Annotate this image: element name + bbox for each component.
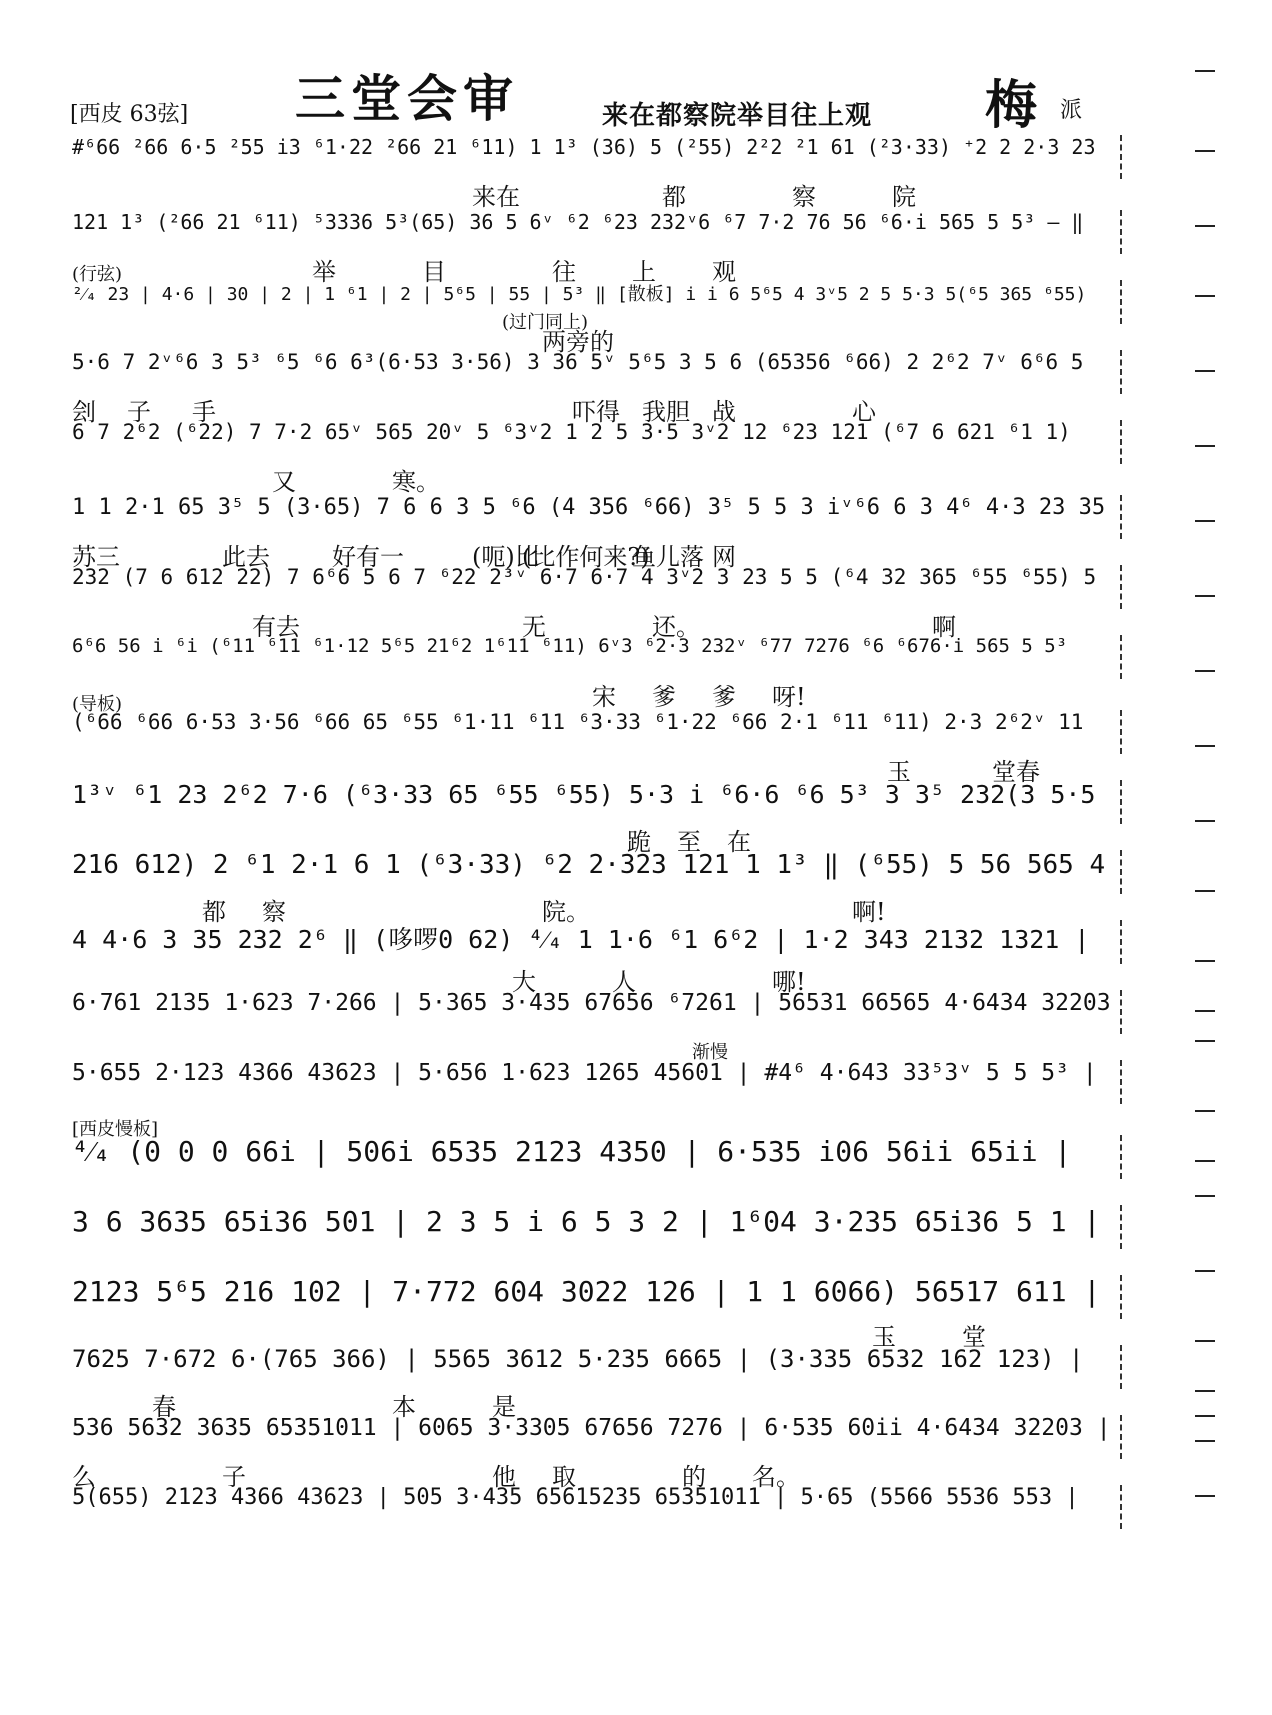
margin-tick <box>1195 445 1215 447</box>
lyric-word: 院 <box>892 177 916 212</box>
line-end-barline <box>1120 1135 1122 1179</box>
lyric-word: 呀! <box>772 677 806 712</box>
line-end-barline <box>1120 1345 1122 1389</box>
margin-tick <box>1195 1040 1215 1042</box>
lyric-word: 察 <box>792 177 816 212</box>
notation-line: 232 (7 6 612 22) 7 6⁶6 5 6 7 ⁶22 2³ᵛ 6·7… <box>72 565 1096 589</box>
notation-line: 4 4·6 3 35 232 2⁶ ‖ (哆啰0 62) ⁴⁄₄ 1 1·6 ⁶… <box>72 920 1089 956</box>
margin-tick <box>1195 960 1215 962</box>
line-end-barline <box>1120 920 1122 964</box>
notation-line: 536 5632 3635 65351011 | 6065 3·3305 676… <box>72 1415 1111 1441</box>
score-header: [西皮 63弦] 三堂会审 来在都察院举目往上观 梅 派 <box>0 55 1272 125</box>
line-end-barline <box>1120 1415 1122 1459</box>
notation-line: 216 612) 2 ⁶1 2·1 6 1 (⁶3·33) ⁶2 2·323 1… <box>72 850 1105 880</box>
margin-tick <box>1195 1010 1215 1012</box>
margin-tick <box>1195 1340 1215 1342</box>
notation-line: ⁴⁄₄ (0 0 0 66i | 506i 6535 2123 4350 | 6… <box>72 1135 1071 1169</box>
school-suffix: 派 <box>1060 93 1082 124</box>
margin-tick <box>1195 70 1215 72</box>
line-end-barline <box>1120 495 1122 539</box>
margin-tick <box>1195 745 1215 747</box>
line-end-barline <box>1120 1275 1122 1319</box>
score-page: [西皮 63弦] 三堂会审 来在都察院举目往上观 梅 派 #⁶66 ²66 6·… <box>0 0 1272 1715</box>
margin-tick <box>1195 1415 1215 1417</box>
line-end-barline <box>1120 135 1122 179</box>
line-end-barline <box>1120 1205 1122 1249</box>
notation-line: 1³ᵛ ⁶1 23 2⁶2 7·6 (⁶3·33 65 ⁶55 ⁶55) 5·3… <box>72 780 1096 809</box>
line-end-barline <box>1120 280 1122 324</box>
lyric-word: 来在 <box>472 177 520 212</box>
line-end-barline <box>1120 350 1122 394</box>
margin-ticks <box>1195 0 1225 1715</box>
lyric-word: 爹 <box>652 677 676 712</box>
lyric-word: 爹 <box>712 677 736 712</box>
notation-line: 5·655 2·123 4366 43623 | 5·656 1·623 126… <box>72 1060 1097 1086</box>
margin-tick <box>1195 595 1215 597</box>
margin-tick <box>1195 295 1215 297</box>
aria-title: 来在都察院举目往上观 <box>602 95 872 132</box>
lyric-word: 都 <box>662 177 686 212</box>
line-end-barline <box>1120 635 1122 679</box>
margin-tick <box>1195 1110 1215 1112</box>
lyric-word: 寒。 <box>392 462 440 497</box>
line-end-barline <box>1120 990 1122 1034</box>
lyric-word: 又 <box>272 462 296 497</box>
notation-line: 5·6 7 2ᵛ⁶6 3 5³ ⁶5 ⁶6 6³(6·53 3·56) 3 36… <box>72 350 1083 374</box>
margin-tick <box>1195 1440 1215 1442</box>
notation-line: 6⁶6 56 i ⁶i (⁶11 ⁶11 ⁶1·12 5⁶5 21⁶2 1⁶11… <box>72 635 1067 657</box>
line-end-barline <box>1120 1060 1122 1104</box>
line-end-barline <box>1120 420 1122 464</box>
line-end-barline <box>1120 710 1122 754</box>
school-name: 梅 <box>985 63 1037 138</box>
margin-tick <box>1195 1160 1215 1162</box>
margin-tick <box>1195 370 1215 372</box>
notation-line: ²⁄₄ 23 | 4·6 | 30 | 2 | 1 ⁶1 | 2 | 5⁶5 |… <box>72 280 1086 306</box>
lyric-word: 宋 <box>592 677 616 712</box>
margin-tick <box>1195 225 1215 227</box>
margin-tick <box>1195 1495 1215 1497</box>
mode-tag: [西皮 63弦] <box>70 97 188 128</box>
notation-line: #⁶66 ²66 6·5 ²55 i3 ⁶1·22 ²66 21 ⁶11) 1 … <box>72 135 1096 159</box>
margin-tick <box>1195 890 1215 892</box>
margin-tick <box>1195 1270 1215 1272</box>
line-end-barline <box>1120 780 1122 824</box>
margin-tick <box>1195 670 1215 672</box>
page-title: 三堂会审 <box>295 59 519 131</box>
line-end-barline <box>1120 565 1122 609</box>
line-end-barline <box>1120 1485 1122 1529</box>
line-end-barline <box>1120 850 1122 894</box>
notation-line: 1 1 2·1 65 3⁵ 5 (3·65) 7 6 6 3 5 ⁶6 (4 3… <box>72 495 1105 520</box>
line-end-barline <box>1120 210 1122 254</box>
margin-tick <box>1195 150 1215 152</box>
notation-line: 2123 5⁶5 216 102 | 7·772 604 3022 126 | … <box>72 1275 1100 1308</box>
margin-tick <box>1195 520 1215 522</box>
notation-line: 3 6 3635 65i36 501 | 2 3 5 i 6 5 3 2 | 1… <box>72 1205 1100 1238</box>
notation-line: 5(655) 2123 4366 43623 | 505 3·435 65615… <box>72 1485 1079 1510</box>
notation-line: (⁶66 ⁶66 6·53 3·56 ⁶66 65 ⁶55 ⁶1·11 ⁶11 … <box>72 710 1083 734</box>
margin-tick <box>1195 1390 1215 1392</box>
margin-tick <box>1195 1195 1215 1197</box>
notation-line: 6 7 2⁶2 (⁶22) 7 7·2 65ᵛ 565 20ᵛ 5 ⁶3ᵛ2 1… <box>72 420 1071 444</box>
margin-tick <box>1195 820 1215 822</box>
notation-line: 7625 7·672 6·(765 366) | 5565 3612 5·235… <box>72 1345 1083 1373</box>
notation-line: 6·761 2135 1·623 7·266 | 5·365 3·435 676… <box>72 990 1111 1016</box>
notation-line: 121 1³ (²66 21 ⁶11) ⁵3336 5³(65) 36 5 6ᵛ… <box>72 210 1083 234</box>
